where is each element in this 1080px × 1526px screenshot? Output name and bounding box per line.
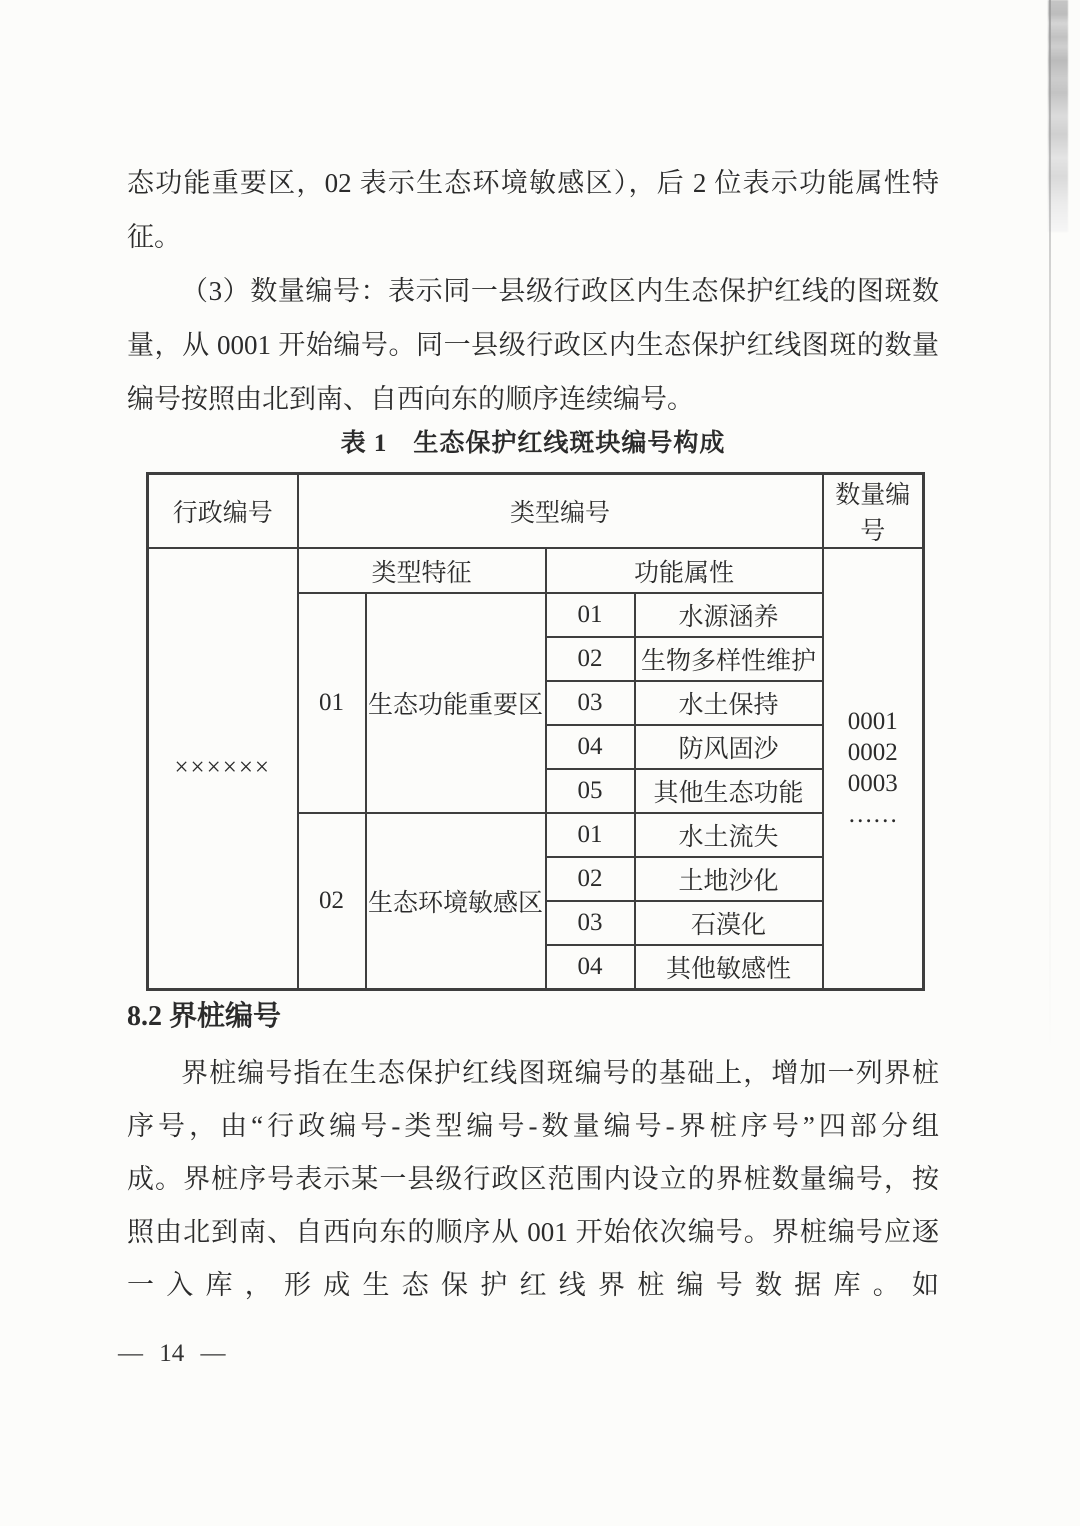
page-number: — 14 — [118, 1336, 226, 1372]
function-name-cell: 土地沙化 [635, 857, 823, 901]
text-line: 征。 [127, 210, 939, 264]
text-line: 成。界桩序号表示某一县级行政区范围内设立的界桩数量编号，按 [127, 1153, 939, 1206]
text-line: （3）数量编号：表示同一县级行政区内生态保护红线的图斑数 [127, 264, 939, 318]
table-header-row: 行政编号 类型编号 数量编号 [148, 474, 924, 549]
function-code-cell: 01 [546, 813, 635, 857]
function-code-cell: 03 [546, 901, 635, 945]
paragraph-boundary-marker-numbering: 界桩编号指在生态保护红线图斑编号的基础上，增加一列界桩 序号，由“行政编号-类型… [127, 1047, 939, 1312]
header-function-attribute: 功能属性 [546, 548, 823, 593]
type-code-cell: 02 [298, 813, 366, 989]
function-code-cell: 05 [546, 769, 635, 813]
header-type-code: 类型编号 [298, 474, 823, 549]
text-line: 态功能重要区，02 表示生态环境敏感区），后 2 位表示功能属性特 [127, 156, 939, 210]
type-name-cell: 生态环境敏感区 [366, 813, 546, 989]
function-name-cell: 防风固沙 [635, 725, 823, 769]
type-name-cell: 生态功能重要区 [366, 593, 546, 813]
text-line: 一入库，形成生态保护红线界桩编号数据库。如 [127, 1259, 939, 1312]
function-name-cell: 其他敏感性 [635, 945, 823, 989]
text-line: 编号按照由北到南、自西向东的顺序连续编号。 [127, 372, 939, 426]
admin-code-value-cell: ×××××× [148, 548, 298, 989]
function-name-cell: 石漠化 [635, 901, 823, 945]
quantity-value: 0002 [848, 737, 898, 768]
quantity-value: 0001 [848, 706, 898, 737]
document-page: 态功能重要区，02 表示生态环境敏感区），后 2 位表示功能属性特 征。 （3）… [0, 0, 1080, 1526]
redline-numbering-table: 行政编号 类型编号 数量编号 ×××××× 类型特征 功能属性 0001 000… [146, 472, 925, 991]
text-line: 界桩编号指在生态保护红线图斑编号的基础上，增加一列界桩 [127, 1047, 939, 1100]
header-type-feature: 类型特征 [298, 548, 546, 593]
function-code-cell: 03 [546, 681, 635, 725]
function-code-cell: 04 [546, 725, 635, 769]
quantity-value-ellipsis: …… [848, 799, 898, 830]
function-code-cell: 04 [546, 945, 635, 989]
header-admin-code: 行政编号 [148, 474, 298, 549]
function-code-cell: 02 [546, 637, 635, 681]
function-name-cell: 生物多样性维护 [635, 637, 823, 681]
quantity-values-cell: 0001 0002 0003 …… [823, 548, 924, 989]
quantity-value: 0003 [848, 768, 898, 799]
scan-artifact-band [1048, 0, 1068, 232]
function-name-cell: 水土保持 [635, 681, 823, 725]
function-code-cell: 01 [546, 593, 635, 637]
function-name-cell: 其他生态功能 [635, 769, 823, 813]
table-subheader-row: ×××××× 类型特征 功能属性 0001 0002 0003 …… [148, 548, 924, 593]
text-line: 照由北到南、自西向东的顺序从 001 开始依次编号。界桩编号应逐 [127, 1206, 939, 1259]
table-caption: 表 1 生态保护红线斑块编号构成 [127, 423, 939, 459]
quantity-values-block: 0001 0002 0003 …… [848, 706, 898, 830]
scan-artifact-line [1049, 0, 1051, 1060]
function-name-cell: 水源涵养 [635, 593, 823, 637]
header-quantity-code: 数量编号 [823, 474, 924, 549]
section-heading-8-2: 8.2 界桩编号 [127, 997, 281, 1037]
text-line: 量，从 0001 开始编号。同一县级行政区内生态保护红线图斑的数量 [127, 318, 939, 372]
function-code-cell: 02 [546, 857, 635, 901]
text-line: 序号，由“行政编号-类型编号-数量编号-界桩序号”四部分组 [127, 1100, 939, 1153]
paragraph-quantity-numbering: （3）数量编号：表示同一县级行政区内生态保护红线的图斑数 量，从 0001 开始… [127, 264, 939, 426]
type-code-cell: 01 [298, 593, 366, 813]
function-name-cell: 水土流失 [635, 813, 823, 857]
paragraph-continuation: 态功能重要区，02 表示生态环境敏感区），后 2 位表示功能属性特 征。 [127, 156, 939, 264]
